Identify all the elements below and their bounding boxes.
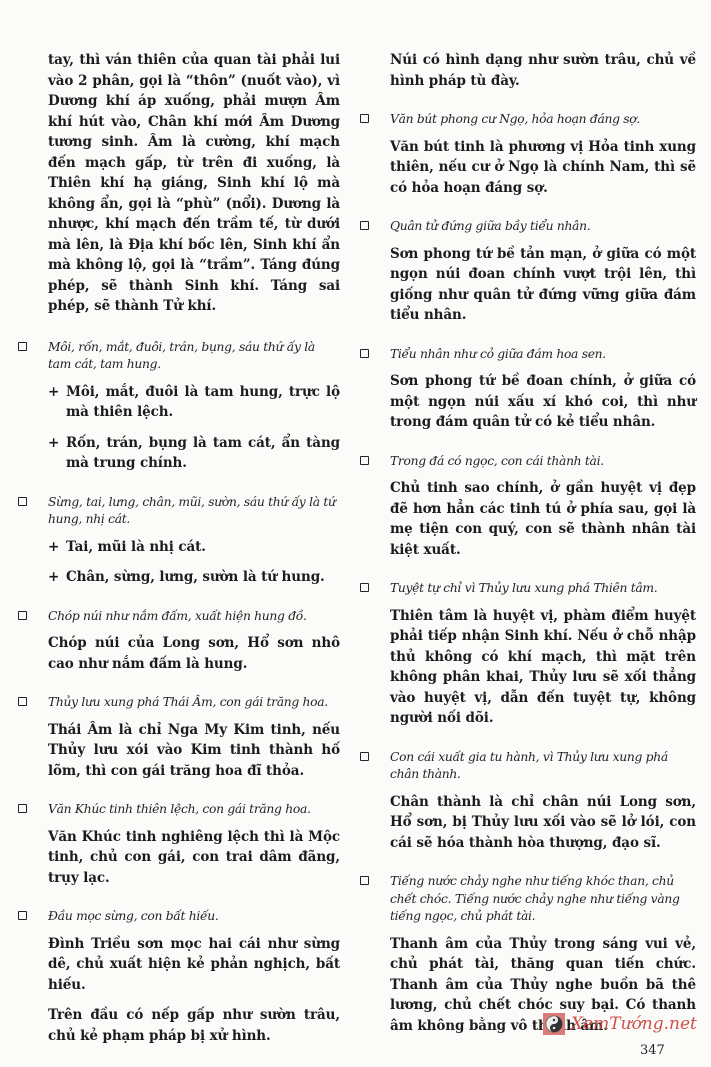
section-paragraph: Thái Âm là chỉ Nga My Kim tinh, nếu Thủy… <box>18 720 340 782</box>
section: Quân tử đứng giữa bầy tiểu nhân. Sơn pho… <box>360 218 696 326</box>
section-heading: Văn Khúc tinh thiên lệch, con gái trăng … <box>18 801 340 819</box>
section-heading: Con cái xuất gia tu hành, vì Thủy lưu xu… <box>360 749 696 784</box>
right-column: Núi có hình dạng như sườn trâu, chủ về h… <box>360 50 696 1046</box>
checkbox-icon <box>360 752 369 761</box>
checkbox-icon <box>360 349 369 358</box>
section-paragraph: Đình Triều sơn mọc hai cái như sừng dê, … <box>18 934 340 996</box>
plus-icon: + <box>48 382 59 403</box>
watermark: XemTướng.net <box>543 1013 697 1035</box>
section: Đầu mọc sừng, con bất hiếu. Đình Triều s… <box>18 908 340 1046</box>
section-heading: Chóp núi như nắm đấm, xuất hiện hung đồ. <box>18 608 340 626</box>
checkbox-icon <box>360 221 369 230</box>
section-paragraph: Chân thành là chỉ chân núi Long sơn, Hổ … <box>360 792 696 854</box>
bullet-item: +Rốn, trán, bụng là tam cát, ẩn tàng mà … <box>18 433 340 474</box>
plus-icon: + <box>48 537 59 558</box>
checkbox-icon <box>18 611 27 620</box>
section-paragraph: Chóp núi của Long sơn, Hổ sơn nhô cao nh… <box>18 633 340 674</box>
section-heading: Tuyệt tự chỉ vì Thủy lưu xung phá Thiên … <box>360 580 696 598</box>
bullet-item: +Tai, mũi là nhị cát. <box>18 537 340 558</box>
section-heading: Tiếng nước chảy nghe như tiếng khóc than… <box>360 873 696 926</box>
checkbox-icon <box>360 876 369 885</box>
section-paragraph: Thiên tâm là huyệt vị, phàm điểm huyệt p… <box>360 606 696 729</box>
section-heading: Sừng, tai, lưng, chân, mũi, sườn, sáu th… <box>18 494 340 529</box>
section: Văn Khúc tinh thiên lệch, con gái trăng … <box>18 801 340 888</box>
section-paragraph: Văn bút tinh là phương vị Hỏa tinh xung … <box>360 137 696 199</box>
section-heading: Quân tử đứng giữa bầy tiểu nhân. <box>360 218 696 236</box>
bullet-item: +Chân, sừng, lưng, sườn là tứ hung. <box>18 567 340 588</box>
section-paragraph: Văn Khúc tinh nghiêng lệch thì là Mộc ti… <box>18 827 340 889</box>
watermark-text: XemTướng.net <box>571 1014 697 1034</box>
checkbox-icon <box>18 697 27 706</box>
checkbox-icon <box>18 804 27 813</box>
section-heading: Thủy lưu xung phá Thái Âm, con gái trăng… <box>18 694 340 712</box>
checkbox-icon <box>360 583 369 592</box>
section-heading: Trong đá có ngọc, con cái thành tài. <box>360 453 696 471</box>
section-paragraph: Trên đầu có nếp gấp như sườn trâu, chủ k… <box>18 1005 340 1046</box>
section-heading: Môi, rốn, mắt, đuôi, trán, bụng, sáu thứ… <box>18 339 340 374</box>
checkbox-icon <box>18 911 27 920</box>
intro-paragraph: Núi có hình dạng như sườn trâu, chủ về h… <box>360 50 696 91</box>
section: Thủy lưu xung phá Thái Âm, con gái trăng… <box>18 694 340 781</box>
checkbox-icon <box>18 342 27 351</box>
section-heading: Đầu mọc sừng, con bất hiếu. <box>18 908 340 926</box>
plus-icon: + <box>48 433 59 454</box>
section: Tiếng nước chảy nghe như tiếng khóc than… <box>360 873 696 1036</box>
left-column: tay, thì ván thiên của quan tài phải lui… <box>18 50 340 1056</box>
checkbox-icon <box>18 497 27 506</box>
section: Con cái xuất gia tu hành, vì Thủy lưu xu… <box>360 749 696 854</box>
yin-yang-icon <box>543 1013 565 1035</box>
page-number: 347 <box>640 1043 665 1058</box>
section-heading: Tiểu nhân như cỏ giữa đám hoa sen. <box>360 346 696 364</box>
plus-icon: + <box>48 567 59 588</box>
section-heading: Văn bút phong cư Ngọ, hỏa hoạn đáng sợ. <box>360 111 696 129</box>
section: Môi, rốn, mắt, đuôi, trán, bụng, sáu thứ… <box>18 339 340 474</box>
section: Tiểu nhân như cỏ giữa đám hoa sen. Sơn p… <box>360 346 696 433</box>
section: Tuyệt tự chỉ vì Thủy lưu xung phá Thiên … <box>360 580 696 729</box>
section: Văn bút phong cư Ngọ, hỏa hoạn đáng sợ. … <box>360 111 696 198</box>
section: Trong đá có ngọc, con cái thành tài. Chủ… <box>360 453 696 561</box>
section-paragraph: Sơn phong tứ bề tản mạn, ở giữa có một n… <box>360 244 696 326</box>
checkbox-icon <box>360 456 369 465</box>
section: Chóp núi như nắm đấm, xuất hiện hung đồ.… <box>18 608 340 675</box>
section-paragraph: Chủ tinh sao chính, ở gần huyệt vị đẹp đ… <box>360 478 696 560</box>
intro-paragraph: tay, thì ván thiên của quan tài phải lui… <box>18 50 340 317</box>
checkbox-icon <box>360 114 369 123</box>
section-paragraph: Sơn phong tứ bề đoan chính, ở giữa có mộ… <box>360 371 696 433</box>
section: Sừng, tai, lưng, chân, mũi, sườn, sáu th… <box>18 494 340 588</box>
bullet-item: +Môi, mắt, đuôi là tam hung, trực lộ mà … <box>18 382 340 423</box>
